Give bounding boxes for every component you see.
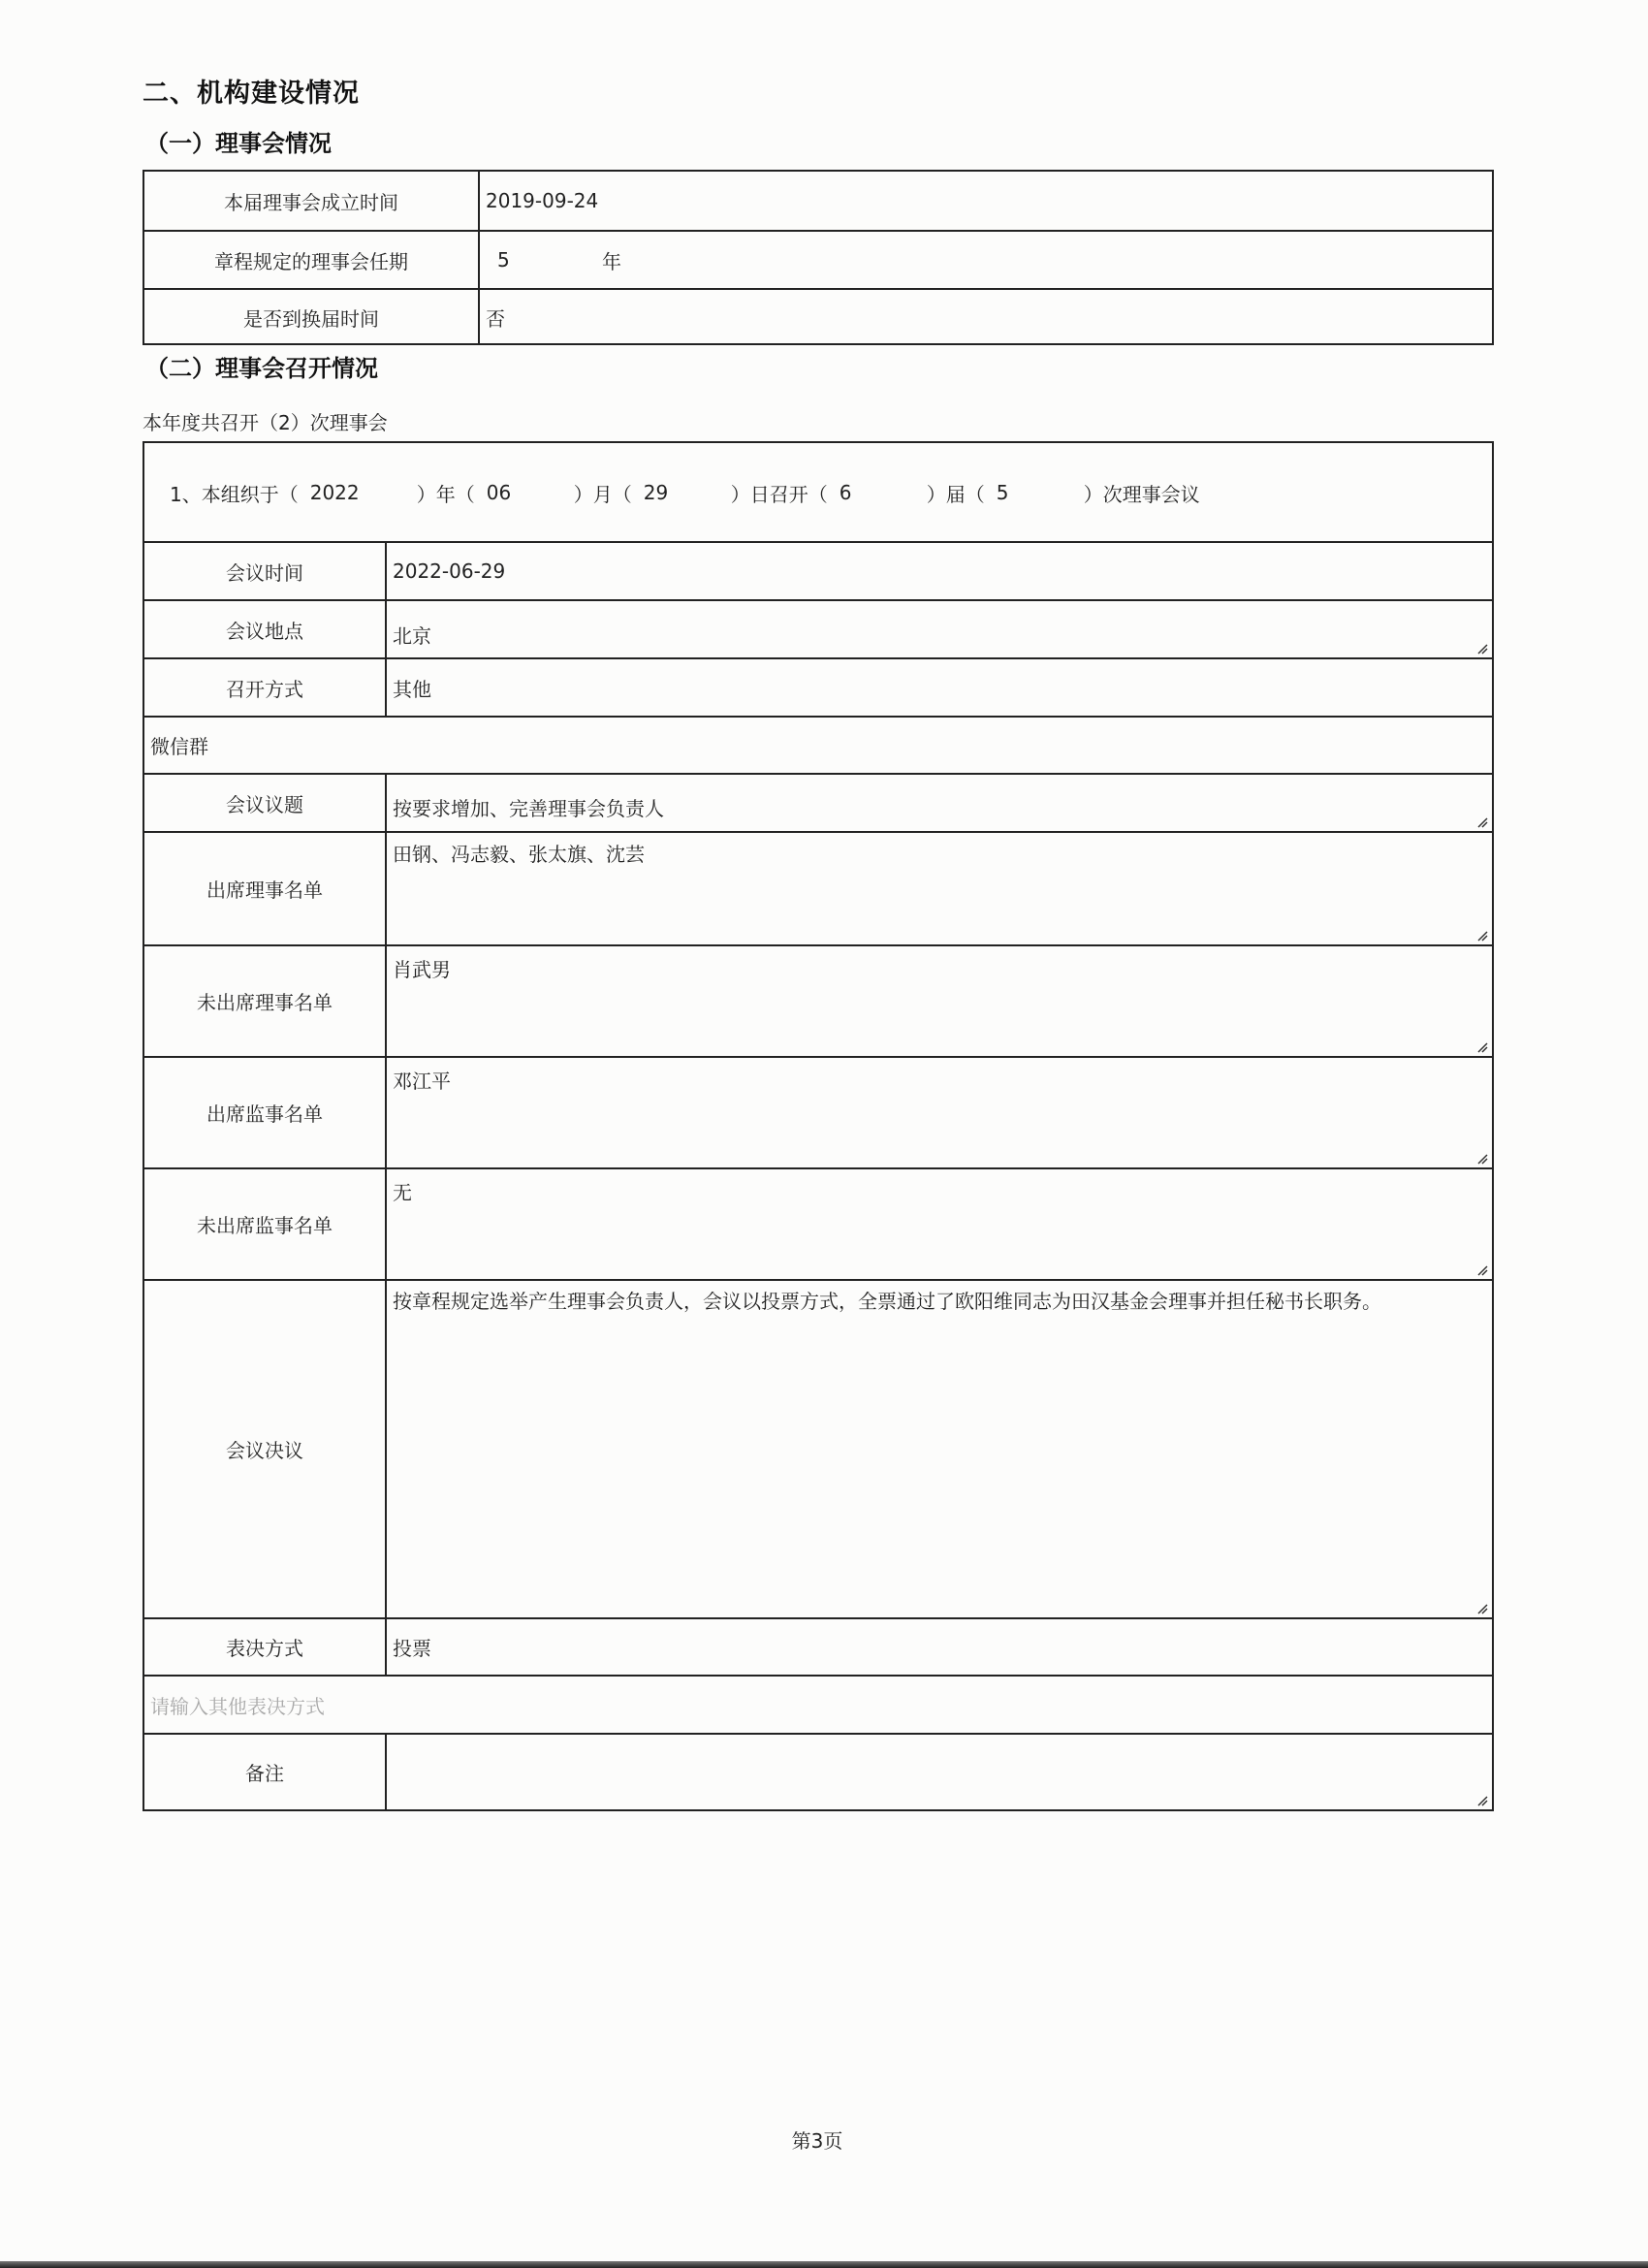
meeting-header-row: 1、本组织于（ 2022 ）年（ 06 ）月（ 29 ）日召开（ 6 ）届（ 5…: [144, 443, 1492, 542]
meeting-method-select[interactable]: 其他: [387, 659, 1492, 716]
resize-grip-icon[interactable]: [1476, 1603, 1488, 1614]
term-expired-label: 是否到换届时间: [144, 290, 480, 345]
absent-supervisors-label: 未出席监事名单: [144, 1169, 387, 1279]
resize-grip-icon[interactable]: [1476, 1153, 1488, 1165]
board-founded-label: 本届理事会成立时间: [144, 172, 480, 230]
board-term-cell: 5 年: [480, 232, 1492, 288]
meeting-method-other-field[interactable]: 微信群: [144, 718, 1492, 773]
table-row: 出席监事名单 邓江平: [144, 1056, 1492, 1167]
page-number: 第3页: [0, 2125, 1634, 2154]
table-row: 备注: [144, 1733, 1492, 1809]
meeting-time-field[interactable]: 2022-06-29: [387, 543, 1492, 599]
voting-other-input[interactable]: 请输入其他表决方式: [144, 1677, 1492, 1733]
attending-supervisors-label: 出席监事名单: [144, 1058, 387, 1167]
table-row: 微信群: [144, 716, 1492, 773]
meeting-header: 1、本组织于（ 2022 ）年（ 06 ）月（ 29 ）日召开（ 6 ）届（ 5…: [144, 443, 1492, 542]
meeting-location-label: 会议地点: [144, 601, 387, 657]
meeting-location-field[interactable]: 北京: [387, 601, 1492, 657]
absent-directors-label: 未出席理事名单: [144, 946, 387, 1056]
table-row: 出席理事名单 田钢、冯志毅、张太旗、沈芸: [144, 831, 1492, 944]
absent-supervisors-field[interactable]: 无: [387, 1169, 1492, 1279]
table-row: 会议议题 按要求增加、完善理事会负责人: [144, 773, 1492, 831]
meeting-header-prefix: 1、本组织于（: [170, 479, 299, 507]
table-row: 本届理事会成立时间 2019-09-24: [144, 172, 1492, 230]
resize-grip-icon[interactable]: [1476, 1795, 1488, 1806]
remarks-field[interactable]: [387, 1735, 1492, 1809]
attending-supervisors-field[interactable]: 邓江平: [387, 1058, 1492, 1167]
absent-directors-field[interactable]: 肖武男: [387, 946, 1492, 1056]
attending-directors-label: 出席理事名单: [144, 833, 387, 944]
table-row: 章程规定的理事会任期 5 年: [144, 230, 1492, 288]
meeting-day-suffix: ）日召开（: [731, 479, 828, 507]
table-row: 未出席理事名单 肖武男: [144, 944, 1492, 1056]
board-founded-field[interactable]: 2019-09-24: [480, 172, 1492, 230]
meeting-session-suffix: ）届（: [927, 479, 985, 507]
meeting-time-label: 会议时间: [144, 543, 387, 599]
table-row: 会议时间 2022-06-29: [144, 541, 1492, 599]
resolution-field[interactable]: 按章程规定选举产生理事会负责人，会议以投票方式，全票通过了欧阳维同志为田汉基金会…: [387, 1281, 1492, 1617]
resize-grip-icon[interactable]: [1476, 1264, 1488, 1276]
meeting-session-field[interactable]: 6: [828, 481, 927, 504]
table-row: 会议地点 北京: [144, 599, 1492, 657]
board-info-title: （一）理事会情况: [145, 124, 332, 158]
board-term-field[interactable]: 5: [497, 248, 602, 272]
table-row: 未出席监事名单 无: [144, 1167, 1492, 1279]
table-row: 请输入其他表决方式: [144, 1675, 1492, 1733]
attending-directors-field[interactable]: 田钢、冯志毅、张太旗、沈芸: [387, 833, 1492, 944]
voting-method-label: 表决方式: [144, 1619, 387, 1675]
board-term-unit: 年: [602, 246, 621, 274]
board-info-table: 本届理事会成立时间 2019-09-24 章程规定的理事会任期 5 年 是否到换…: [143, 170, 1494, 345]
table-row: 表决方式 投票: [144, 1617, 1492, 1675]
meeting-month-field[interactable]: 06: [475, 481, 574, 504]
table-row: 是否到换届时间 否: [144, 288, 1492, 345]
board-term-label: 章程规定的理事会任期: [144, 232, 480, 288]
meeting-topic-label: 会议议题: [144, 775, 387, 831]
resize-grip-icon[interactable]: [1476, 1041, 1488, 1053]
meeting-day-field[interactable]: 29: [632, 481, 731, 504]
table-row: 召开方式 其他: [144, 657, 1492, 716]
meeting-count-suffix: ）次理事会议: [1084, 479, 1200, 507]
voting-method-select[interactable]: 投票: [387, 1619, 1492, 1675]
resize-grip-icon[interactable]: [1476, 816, 1488, 828]
resolution-label: 会议决议: [144, 1281, 387, 1617]
meeting-table: 1、本组织于（ 2022 ）年（ 06 ）月（ 29 ）日召开（ 6 ）届（ 5…: [143, 441, 1494, 1811]
table-row: 会议决议 按章程规定选举产生理事会负责人，会议以投票方式，全票通过了欧阳维同志为…: [144, 1279, 1492, 1617]
meeting-month-suffix: ）月（: [574, 479, 632, 507]
remarks-label: 备注: [144, 1735, 387, 1809]
term-expired-select[interactable]: 否: [480, 290, 1492, 345]
scan-edge: [0, 2261, 1648, 2268]
meeting-year-suffix: ）年（: [417, 479, 475, 507]
meeting-count-summary: 本年度共召开（2）次理事会: [143, 407, 388, 435]
meeting-count-field[interactable]: 5: [985, 481, 1084, 504]
resize-grip-icon[interactable]: [1476, 643, 1488, 655]
meeting-year-field[interactable]: 2022: [299, 481, 417, 504]
meeting-topic-field[interactable]: 按要求增加、完善理事会负责人: [387, 775, 1492, 831]
resize-grip-icon[interactable]: [1476, 930, 1488, 942]
meetings-title: （二）理事会召开情况: [145, 349, 378, 383]
meeting-method-label: 召开方式: [144, 659, 387, 716]
section-title: 二、机构建设情况: [143, 72, 360, 110]
